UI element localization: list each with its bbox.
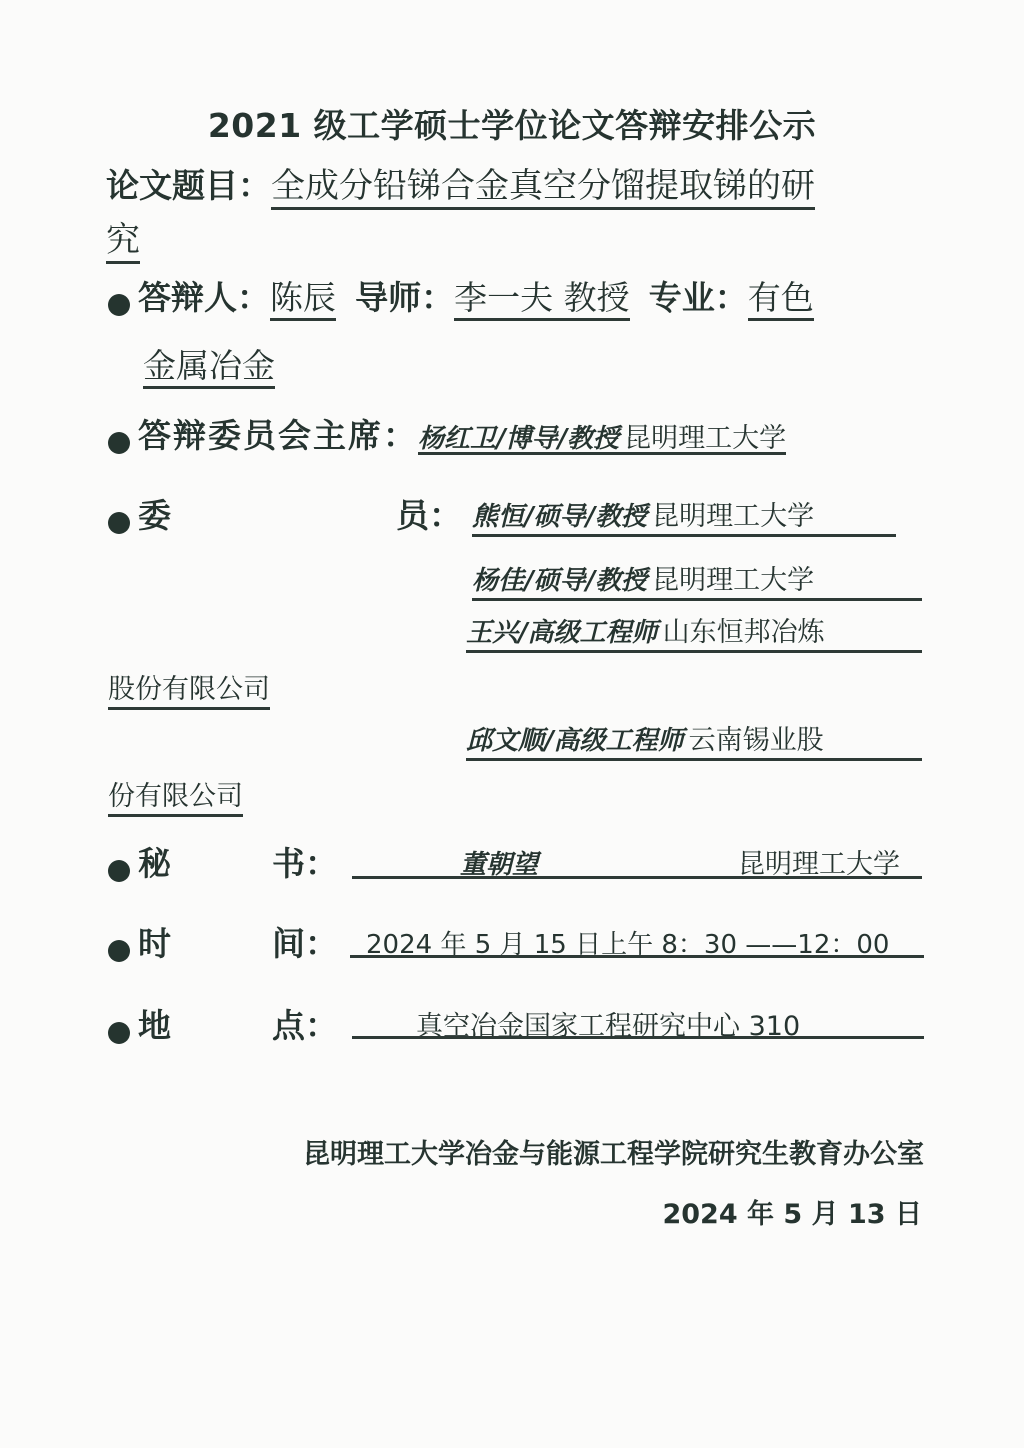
place-label-row: 地 xyxy=(108,1000,171,1047)
place-label-right: 点： xyxy=(272,1000,338,1047)
underline xyxy=(350,955,924,958)
member-org-continued: 份有限公司 xyxy=(108,774,243,817)
time-label-left: 时 xyxy=(138,924,171,963)
member-org: 昆明理工大学 xyxy=(652,565,814,596)
members-label-row: 委 xyxy=(108,490,171,537)
time-label-right: 间： xyxy=(272,918,338,965)
page-title: 2021 级工学硕士学位论文答辩安排公示 xyxy=(0,100,1024,147)
underline xyxy=(352,1036,924,1039)
member-org-continued: 股份有限公司 xyxy=(108,667,270,710)
members-label-right: 员： xyxy=(396,490,462,537)
member-row: 王兴/高级工程师 山东恒邦冶炼 xyxy=(466,610,922,653)
time-label-row: 时 xyxy=(108,918,171,965)
advisor-label: 导师： xyxy=(355,278,454,317)
bullet-icon xyxy=(108,940,130,962)
bullet-icon xyxy=(108,432,130,454)
member-org: 云南锡业股 xyxy=(689,725,824,756)
advisor-name: 李一夫 教授 xyxy=(454,278,630,321)
defender-label: 答辩人： xyxy=(138,278,270,317)
thesis-label: 论文题目： xyxy=(106,166,271,205)
secretary-label-left: 秘 xyxy=(138,844,171,883)
bullet-icon xyxy=(108,512,130,534)
place-label-left: 地 xyxy=(138,1006,171,1045)
issuing-office: 昆明理工大学冶金与能源工程学院研究生教育办公室 xyxy=(303,1132,924,1171)
secretary-label-right: 书： xyxy=(272,838,338,885)
member-person: 王兴/高级工程师 xyxy=(466,618,658,648)
major-label: 专业： xyxy=(649,278,748,317)
member-org: 山东恒邦冶炼 xyxy=(663,617,825,648)
secretary-label-row: 秘 xyxy=(108,838,171,885)
member-person: 杨佳/硕导/教授 xyxy=(472,566,647,596)
member-person: 熊恒/硕导/教授 xyxy=(472,502,647,532)
bullet-icon xyxy=(108,294,130,316)
members-label-left: 委 xyxy=(138,496,171,535)
underline xyxy=(352,876,922,879)
member-person: 邱文顺/高级工程师 xyxy=(466,726,684,756)
chair-row: 答辩委员会主席：杨红卫/博导/教授 昆明理工大学 xyxy=(108,410,786,457)
chair-org: 昆明理工大学 xyxy=(624,423,786,454)
chair-person: 杨红卫/博导/教授 xyxy=(418,424,619,454)
thesis-row: 论文题目：全成分铅锑合金真空分馏提取锑的研 xyxy=(106,158,815,207)
issue-date: 2024 年 5 月 13 日 xyxy=(662,1192,922,1231)
defender-row: 答辩人：陈辰 导师：李一夫 教授 专业：有色 xyxy=(108,272,814,319)
thesis-title-line2: 究 xyxy=(106,220,140,264)
member-row: 邱文顺/高级工程师 云南锡业股 xyxy=(466,718,922,761)
chair-label: 答辩委员会主席： xyxy=(138,416,418,455)
member-row: 杨佳/硕导/教授 昆明理工大学 xyxy=(472,558,922,601)
bullet-icon xyxy=(108,1022,130,1044)
member-org: 昆明理工大学 xyxy=(652,501,814,532)
major-line1: 有色 xyxy=(748,278,814,321)
defender-name: 陈辰 xyxy=(270,278,336,321)
thesis-title-line1: 全成分铅锑合金真空分馏提取锑的研 xyxy=(271,166,815,210)
member-row: 熊恒/硕导/教授 昆明理工大学 xyxy=(472,494,896,537)
major-line2: 金属冶金 xyxy=(143,346,275,389)
bullet-icon xyxy=(108,860,130,882)
